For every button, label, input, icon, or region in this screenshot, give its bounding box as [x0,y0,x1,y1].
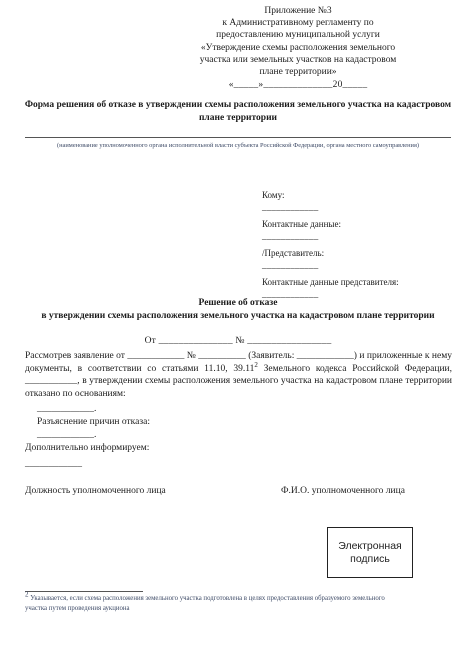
decision-number-line: От _______________ № _________________ [0,336,476,346]
recipient-field: Контактные данные: ____________ [262,218,462,242]
header-line: предоставлению муниципальной услуги [140,29,456,41]
decision-body: Рассмотрев заявление от ____________ № _… [25,350,452,401]
footnote: 2 Указывается, если схема расположения з… [25,594,407,614]
field-label: /Представитель: [262,247,462,259]
appendix-header: Приложение №3 к Административному реглам… [140,5,456,91]
decision-title-line1: Решение об отказе [33,297,443,310]
recipient-field: Кому: ____________ [262,189,462,213]
field-label: Контактные данные представителя: [262,276,462,288]
header-line: участка или земельных участков на кадаст… [140,54,456,66]
date-blank-line: «_____»______________20_____ [140,79,456,91]
org-signature-rule [25,137,451,138]
field-blank: ____________ [262,230,462,242]
signature-name-label: Ф.И.О. уполномоченного лица [281,486,405,496]
basis-blank: ____________. [37,404,96,414]
footnote-separator [25,591,143,592]
reason-blank: ____________. [37,430,96,440]
additional-info-blank: ____________ [25,459,82,469]
additional-info-label: Дополнительно информируем: [25,443,149,453]
org-caption: (наименование уполномоченного органа исп… [48,141,428,150]
document-page: Приложение №3 к Административному реглам… [0,0,476,652]
decision-title: Решение об отказе в утверждении схемы ра… [33,297,443,323]
recipient-field: /Представитель: ____________ [262,247,462,271]
field-blank: ____________ [262,259,462,271]
field-label: Кому: [262,189,462,201]
stamp-text-line2: подпись [350,553,390,566]
field-label: Контактные данные: [262,218,462,230]
signature-position-label: Должность уполномоченного лица [25,486,166,496]
electronic-signature-stamp: Электронная подпись [327,527,413,578]
header-line: плане территории» [140,66,456,78]
stamp-text-line1: Электронная [338,540,402,553]
header-line: Приложение №3 [140,5,456,17]
header-line: «Утверждение схемы расположения земельно… [140,42,456,54]
decision-title-line2: в утверждении схемы расположения земельн… [33,310,443,323]
reason-label: Разъяснение причин отказа: [37,417,150,427]
recipient-block: Кому: ____________ Контактные данные: __… [262,189,462,305]
footnote-text: Указывается, если схема расположения зем… [25,595,385,612]
form-title: Форма решения об отказе в утверждении сх… [24,99,452,125]
header-line: к Административному регламенту по [140,17,456,29]
field-blank: ____________ [262,201,462,213]
